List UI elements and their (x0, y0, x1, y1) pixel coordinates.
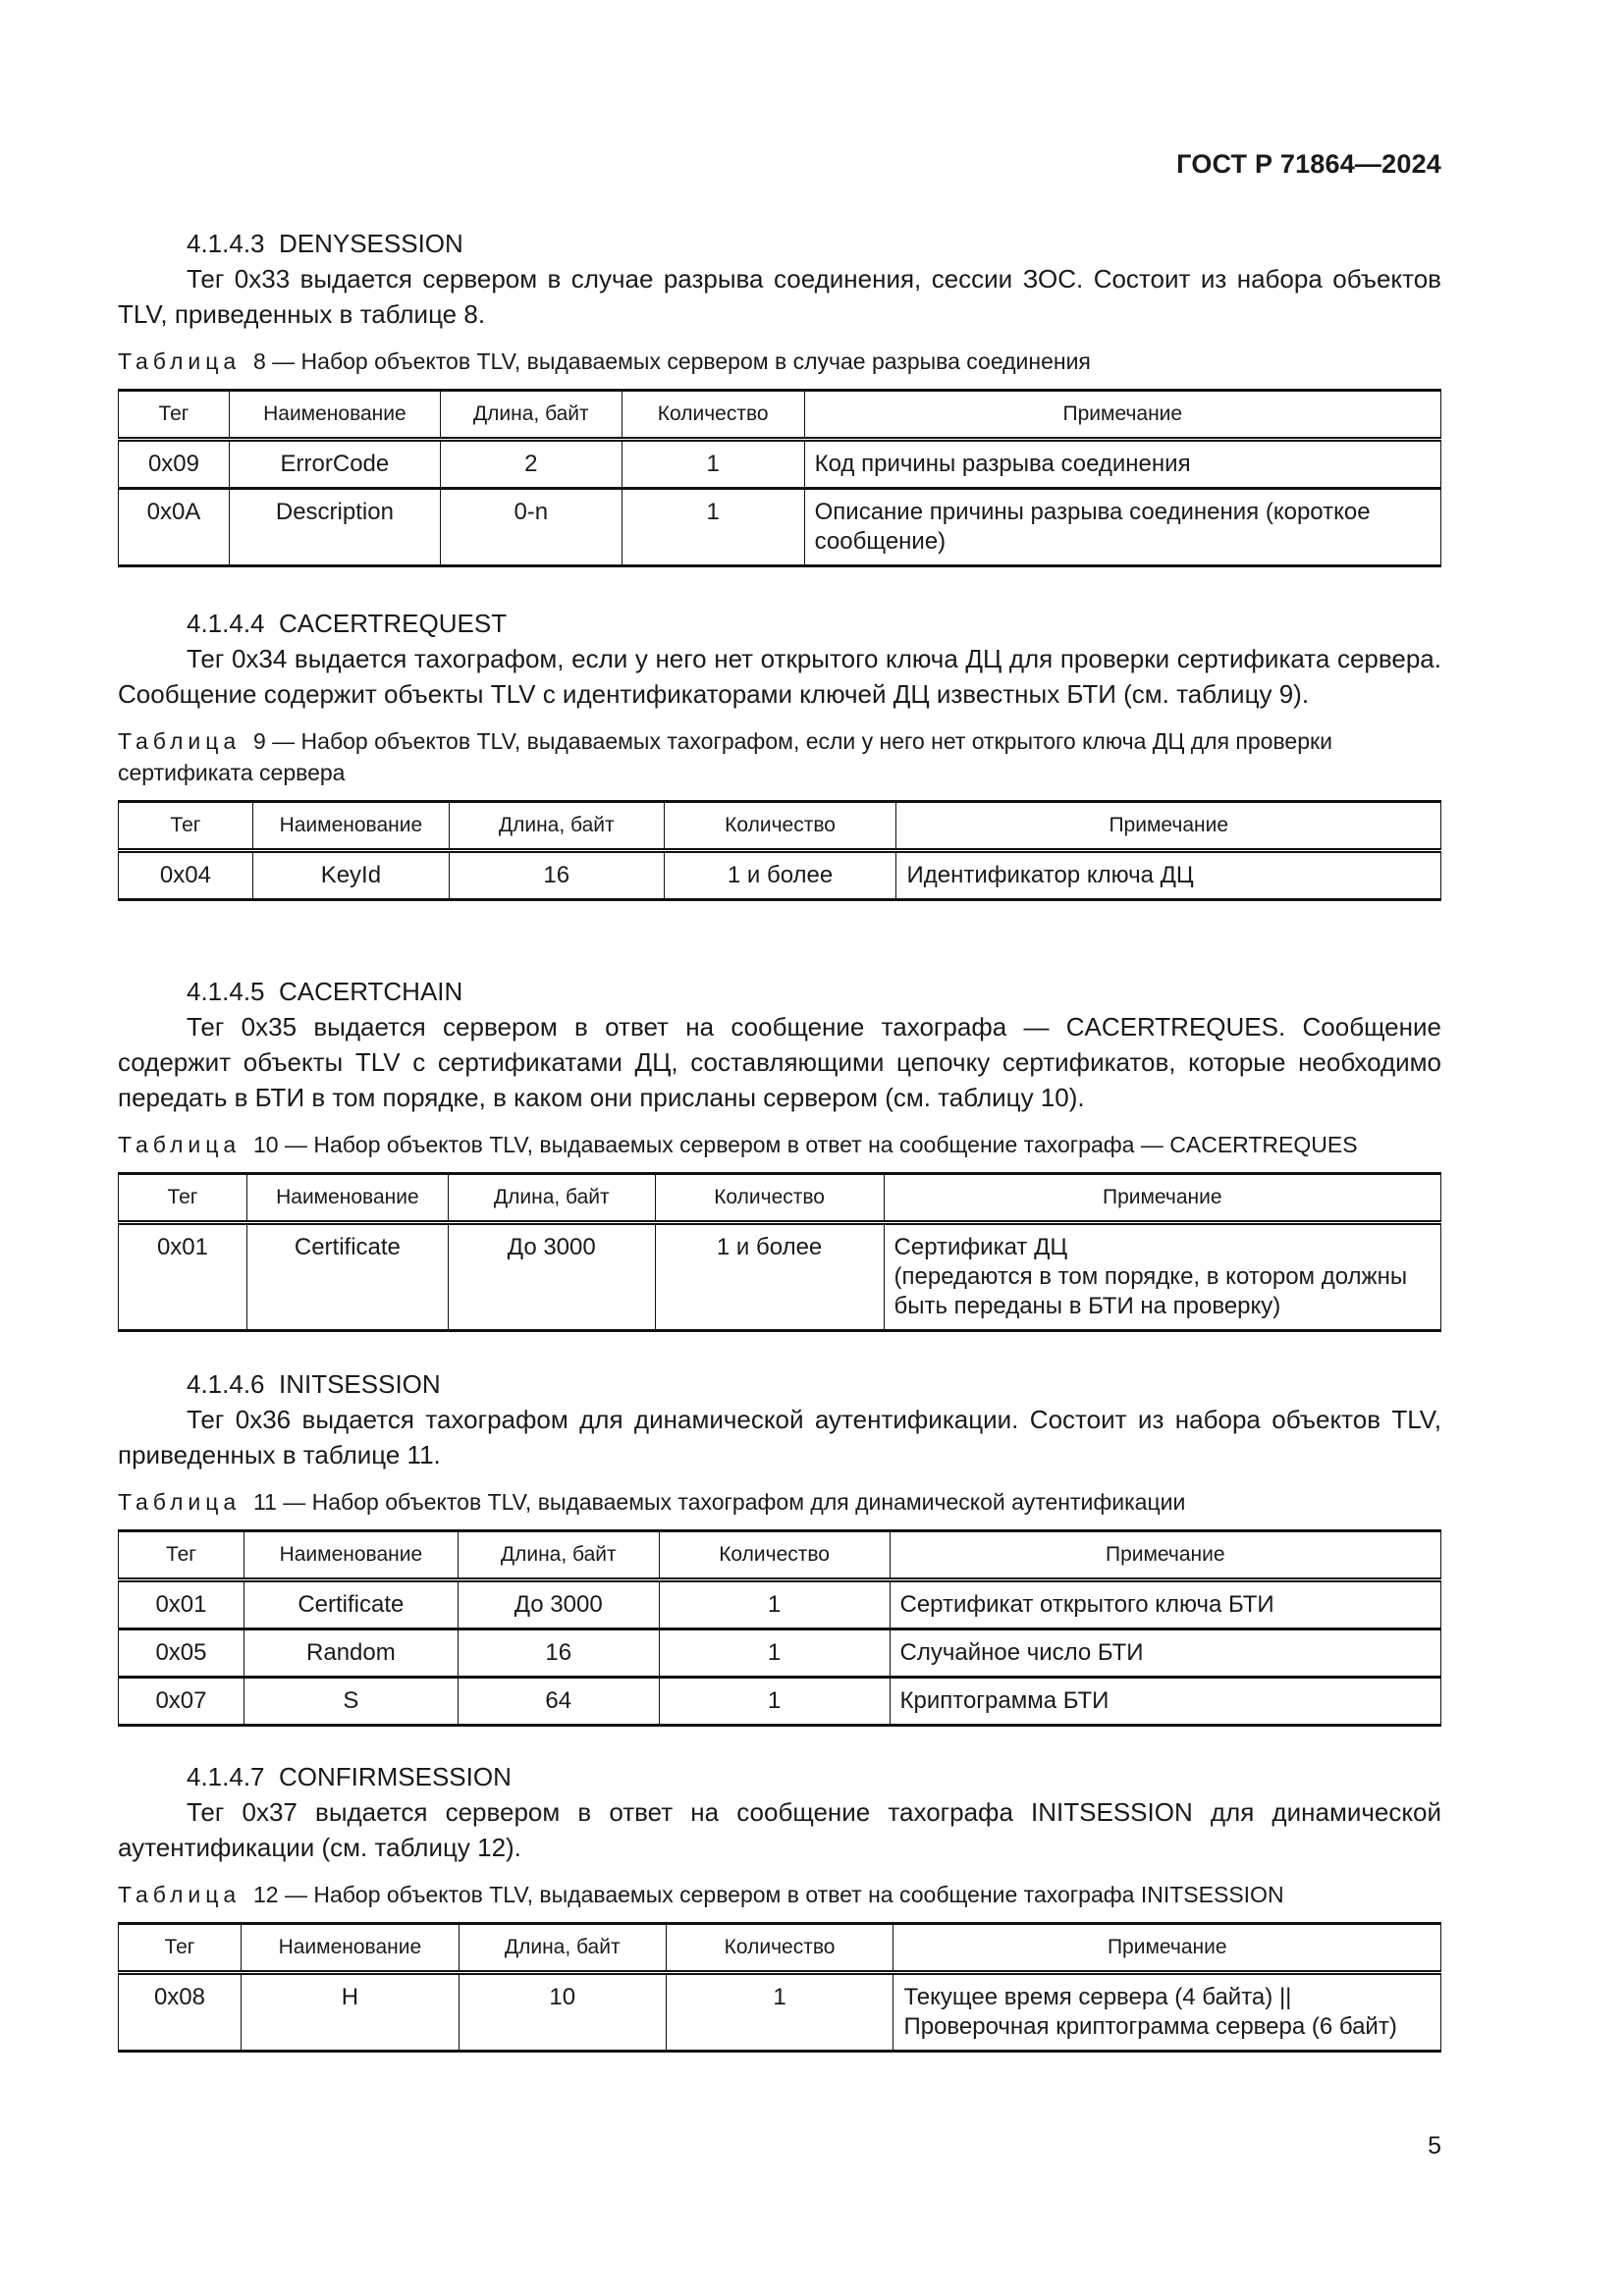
table-row: 0x07S641Криптограмма БТИ (119, 1678, 1441, 1726)
table-cell: 64 (458, 1678, 659, 1726)
column-header: Примечание (896, 802, 1441, 851)
table-cell: 0x05 (119, 1629, 244, 1678)
column-header: Примечание (804, 391, 1440, 440)
column-header: Наименование (241, 1924, 459, 1973)
table-number: 11 (253, 1489, 277, 1515)
table-row: 0x01CertificateДо 30001 и болееСертифика… (119, 1223, 1441, 1331)
section-paragraph: Тег 0x33 выдается сервером в случае разр… (118, 261, 1441, 332)
table-cell: Криптограмма БТИ (890, 1678, 1441, 1726)
table-label: Таблица (118, 728, 241, 754)
column-header: Тег (119, 1924, 242, 1973)
column-header: Длина, байт (459, 1924, 666, 1973)
section-title: DENYSESSION (279, 229, 463, 258)
section-cacertrequest: 4.1.4.4 CACERTREQUESTТег 0x34 выдается т… (118, 606, 1441, 901)
section-title: CONFIRMSESSION (279, 1762, 512, 1791)
table-cell: 0x01 (119, 1223, 247, 1331)
section-cacertchain: 4.1.4.5 CACERTCHAINТег 0x35 выдается сер… (118, 974, 1441, 1332)
column-header: Длина, байт (458, 1531, 659, 1580)
table-caption: Таблица 8 — Набор объектов TLV, выдаваем… (118, 346, 1441, 377)
table-cell: Текущее время сервера (4 байта) || Прове… (893, 1973, 1441, 2052)
section-title: INITSESSION (279, 1369, 441, 1399)
section-heading: 4.1.4.4 CACERTREQUEST (118, 606, 1441, 641)
table-row: 0x09ErrorCode21Код причины разрыва соеди… (119, 440, 1441, 489)
column-header: Длина, байт (448, 1174, 655, 1223)
table-header-row: ТегНаименованиеДлина, байтКоличествоПрим… (119, 1174, 1441, 1223)
table-row: 0x04KeyId161 и болееИдентификатор ключа … (119, 851, 1441, 900)
table-cell: 1 (659, 1580, 890, 1629)
table-cell: 0-n (440, 489, 622, 566)
table-cell: 16 (449, 851, 664, 900)
table-caption-text: — Набор объектов TLV, выдаваемых тахогра… (283, 1489, 1185, 1515)
section-number: 4.1.4.7 (187, 1762, 265, 1791)
table-cell: 0x0A (119, 489, 230, 566)
section-number: 4.1.4.5 (187, 977, 265, 1006)
table-cell: 1 и более (664, 851, 896, 900)
column-header: Количество (659, 1531, 890, 1580)
table-number: 8 (253, 348, 266, 374)
column-header: Наименование (229, 391, 440, 440)
section-denysession: 4.1.4.3 DENYSESSIONТег 0x33 выдается сер… (118, 226, 1441, 567)
column-header: Длина, байт (449, 802, 664, 851)
table-cell: Описание причины разрыва соединения (кор… (804, 489, 1440, 566)
column-header: Примечание (890, 1531, 1441, 1580)
table-caption-text: — Набор объектов TLV, выдаваемых серверо… (272, 348, 1091, 374)
page-number: 5 (1428, 2132, 1441, 2161)
column-header: Тег (119, 391, 230, 440)
table-caption-text: — Набор объектов TLV, выдаваемых тахогра… (118, 728, 1332, 785)
table-cell: До 3000 (458, 1580, 659, 1629)
section-initsession: 4.1.4.6 INITSESSIONТег 0x36 выдается тах… (118, 1366, 1441, 1727)
table-cell: 16 (458, 1629, 659, 1678)
table-label: Таблица (118, 1489, 241, 1515)
section-paragraph: Тег 0x35 выдается сервером в ответ на со… (118, 1009, 1441, 1115)
table-cell: 1 (666, 1973, 893, 2052)
section-title: CACERTREQUEST (279, 609, 507, 638)
section-paragraph: Тег 0x37 выдается сервером в ответ на со… (118, 1794, 1441, 1865)
table-number: 9 (253, 728, 266, 754)
table-cell: 10 (459, 1973, 666, 2052)
table-cell: 0x07 (119, 1678, 244, 1726)
section-title: CACERTCHAIN (279, 977, 462, 1006)
column-header: Примечание (893, 1924, 1441, 1973)
table-cell: Код причины разрыва соединения (804, 440, 1440, 489)
section-heading: 4.1.4.3 DENYSESSION (118, 226, 1441, 261)
table-caption: Таблица 11 — Набор объектов TLV, выдавае… (118, 1486, 1441, 1518)
table-cell: Случайное число БТИ (890, 1629, 1441, 1678)
table-cell: KeyId (252, 851, 449, 900)
table-cell: S (244, 1678, 458, 1726)
table-label: Таблица (118, 1882, 241, 1907)
table-cell: Description (229, 489, 440, 566)
table-caption: Таблица 12 — Набор объектов TLV, выдавае… (118, 1879, 1441, 1910)
table-cell: 1 (659, 1629, 890, 1678)
column-header: Примечание (884, 1174, 1440, 1223)
column-header: Тег (119, 1174, 247, 1223)
section-number: 4.1.4.6 (187, 1369, 265, 1399)
column-header: Наименование (244, 1531, 458, 1580)
column-header: Количество (664, 802, 896, 851)
table-header-row: ТегНаименованиеДлина, байтКоличествоПрим… (119, 391, 1441, 440)
table-number: 12 (253, 1882, 279, 1907)
table-cell: До 3000 (448, 1223, 655, 1331)
table-cell: 0x08 (119, 1973, 242, 2052)
column-header: Тег (119, 802, 253, 851)
table-cell: 1 (622, 440, 804, 489)
table-number: 10 (253, 1132, 279, 1157)
table-cell: 2 (440, 440, 622, 489)
table-caption-text: — Набор объектов TLV, выдаваемых серверо… (285, 1132, 1358, 1157)
table-cell: 1 (659, 1678, 890, 1726)
section-heading: 4.1.4.5 CACERTCHAIN (118, 974, 1441, 1009)
table-cell: Сертификат ДЦ (передаются в том порядке,… (884, 1223, 1440, 1331)
section-confirmsession: 4.1.4.7 CONFIRMSESSIONТег 0x37 выдается … (118, 1759, 1441, 2053)
table-cell: Certificate (246, 1223, 448, 1331)
table-caption: Таблица 10 — Набор объектов TLV, выдавае… (118, 1129, 1441, 1160)
table-cell: 0x01 (119, 1580, 244, 1629)
section-number: 4.1.4.3 (187, 229, 265, 258)
column-header: Тег (119, 1531, 244, 1580)
table-header-row: ТегНаименованиеДлина, байтКоличествоПрим… (119, 802, 1441, 851)
table-row: 0x0ADescription0-n1Описание причины разр… (119, 489, 1441, 566)
column-header: Наименование (246, 1174, 448, 1223)
table-cell: 1 и более (655, 1223, 884, 1331)
column-header: Длина, байт (440, 391, 622, 440)
table-10: ТегНаименованиеДлина, байтКоличествоПрим… (118, 1172, 1441, 1332)
table-cell: Certificate (244, 1580, 458, 1629)
table-12: ТегНаименованиеДлина, байтКоличествоПрим… (118, 1922, 1441, 2053)
table-label: Таблица (118, 348, 241, 374)
column-header: Количество (622, 391, 804, 440)
table-header-row: ТегНаименованиеДлина, байтКоличествоПрим… (119, 1531, 1441, 1580)
table-8: ТегНаименованиеДлина, байтКоличествоПрим… (118, 389, 1441, 567)
section-paragraph: Тег 0x34 выдается тахографом, если у нег… (118, 641, 1441, 712)
column-header: Количество (655, 1174, 884, 1223)
section-paragraph: Тег 0x36 выдается тахографом для динамич… (118, 1402, 1441, 1472)
table-row: 0x05Random161Случайное число БТИ (119, 1629, 1441, 1678)
column-header: Наименование (252, 802, 449, 851)
table-cell: 0x09 (119, 440, 230, 489)
table-caption-text: — Набор объектов TLV, выдаваемых серверо… (285, 1882, 1284, 1907)
table-label: Таблица (118, 1132, 241, 1157)
table-cell: 0x04 (119, 851, 253, 900)
table-cell: H (241, 1973, 459, 2052)
document-id-header: ГОСТ Р 71864—2024 (1176, 149, 1441, 180)
table-row: 0x08H101Текущее время сервера (4 байта) … (119, 1973, 1441, 2052)
column-header: Количество (666, 1924, 893, 1973)
table-cell: Идентификатор ключа ДЦ (896, 851, 1441, 900)
table-cell: Random (244, 1629, 458, 1678)
table-row: 0x01CertificateДо 30001Сертификат открыт… (119, 1580, 1441, 1629)
table-cell: ErrorCode (229, 440, 440, 489)
section-heading: 4.1.4.7 CONFIRMSESSION (118, 1759, 1441, 1794)
table-cell: Сертификат открытого ключа БТИ (890, 1580, 1441, 1629)
section-heading: 4.1.4.6 INITSESSION (118, 1366, 1441, 1402)
table-11: ТегНаименованиеДлина, байтКоличествоПрим… (118, 1529, 1441, 1727)
table-9: ТегНаименованиеДлина, байтКоличествоПрим… (118, 800, 1441, 901)
section-number: 4.1.4.4 (187, 609, 265, 638)
table-cell: 1 (622, 489, 804, 566)
table-caption: Таблица 9 — Набор объектов TLV, выдаваем… (118, 725, 1441, 788)
table-header-row: ТегНаименованиеДлина, байтКоличествоПрим… (119, 1924, 1441, 1973)
